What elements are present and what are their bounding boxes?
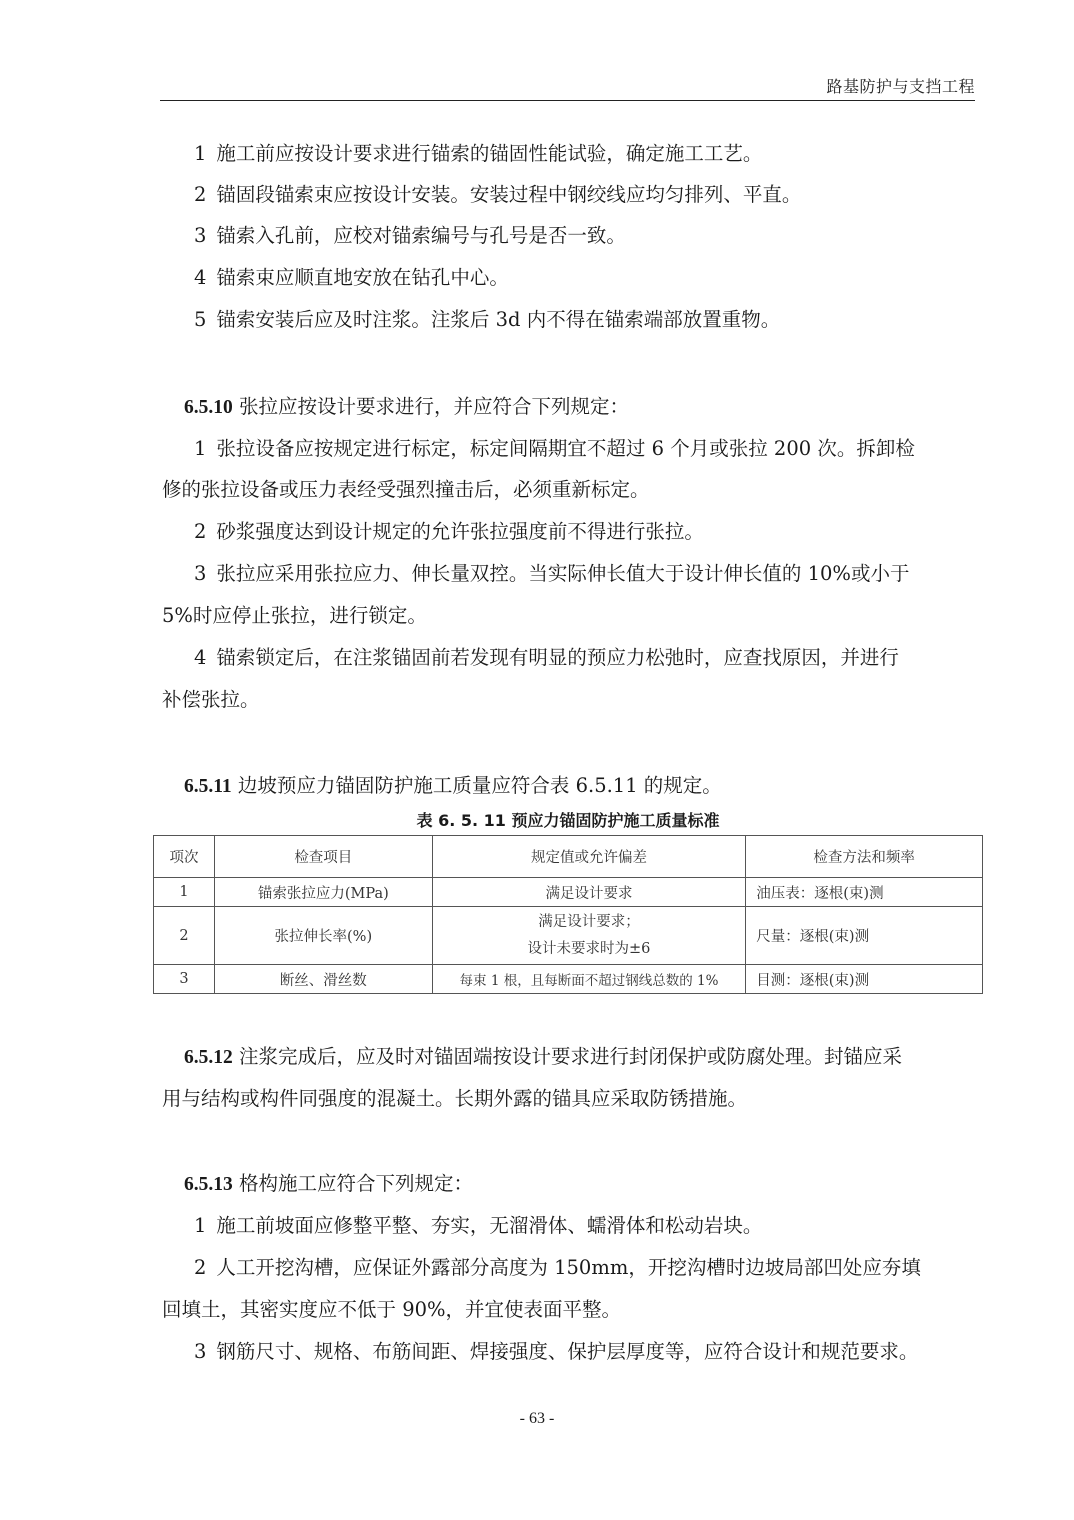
row-index: 3: [154, 965, 215, 994]
clause-6-5-13-heading: 6.5.13 格构施工应符合下列规定：: [162, 1163, 996, 1206]
spec-value: 满足设计要求: [432, 878, 746, 907]
check-item: 断丝、滑丝数: [214, 965, 432, 994]
list-item: 3张拉应采用张拉应力、伸长量双控。当实际伸长值大于设计伸长值的 10%或小于: [162, 553, 1006, 595]
clause-6-5-12: 6.5.12 注浆完成后，应及时对锚固端按设计要求进行封闭保护或防腐处理。封锚应…: [162, 1036, 996, 1079]
clause-number: 6.5.11: [184, 776, 232, 797]
list-text: 锚索入孔前，应校对锚索编号与孔号是否一致。: [216, 224, 626, 247]
table-caption: 表 6. 5. 11 预应力锚固防护施工质量标准: [153, 808, 983, 831]
list-number: 1: [194, 1205, 206, 1247]
quality-standard-table: 项次 检查项目 规定值或允许偏差 检查方法和频率 1 锚索张拉应力(MPa) 满…: [153, 835, 983, 994]
list-item-continuation: 修的张拉设备或压力表经受强烈撞击后，必须重新标定。: [162, 469, 974, 511]
list-number: 2: [194, 174, 206, 216]
list-item: 1施工前应按设计要求进行锚索的锚固性能试验，确定施工工艺。: [162, 133, 1006, 175]
header-rule: [160, 100, 975, 101]
table-row: 2 张拉伸长率(%) 满足设计要求； 设计未要求时为±6 尺量：逐根(束)测: [154, 907, 983, 965]
column-header: 检查方法和频率: [746, 836, 983, 878]
list-text: 砂浆强度达到设计规定的允许张拉强度前不得进行张拉。: [216, 520, 704, 543]
list-item: 2锚固段锚索束应按设计安装。安装过程中钢绞线应均匀排列、平直。: [162, 174, 1006, 216]
column-header: 项次: [154, 836, 215, 878]
list-text: 锚索锁定后，在注浆锚固前若发现有明显的预应力松弛时，应查找原因，并进行: [216, 646, 899, 669]
check-method: 尺量：逐根(束)测: [746, 907, 983, 965]
table-row: 3 断丝、滑丝数 每束 1 根，且每断面不超过钢线总数的 1% 目测：逐根(束)…: [154, 965, 983, 994]
list-item-continuation: 回填土，其密实度应不低于 90%，并宜使表面平整。: [162, 1289, 974, 1331]
list-item: 3钢筋尺寸、规格、布筋间距、焊接强度、保护层厚度等，应符合设计和规范要求。: [162, 1331, 1006, 1373]
list-text: 人工开挖沟槽，应保证外露部分高度为 150mm，开挖沟槽时边坡局部凹处应夯填: [216, 1256, 920, 1279]
list-text: 锚索安装后应及时注浆。注浆后 3d 内不得在锚索端部放置重物。: [216, 308, 780, 331]
list-item: 1施工前坡面应修整平整、夯实，无溜滑体、蠕滑体和松动岩块。: [162, 1205, 1006, 1247]
list-number: 1: [194, 428, 206, 470]
column-header: 检查项目: [214, 836, 432, 878]
list-text: 施工前应按设计要求进行锚索的锚固性能试验，确定施工工艺。: [216, 142, 762, 165]
spec-line: 设计未要求时为±6: [437, 936, 742, 963]
clause-6-5-10-heading: 6.5.10 张拉应按设计要求进行，并应符合下列规定：: [162, 386, 996, 429]
list-item: 4锚索束应顺直地安放在钻孔中心。: [162, 257, 1006, 299]
list-item: 5锚索安装后应及时注浆。注浆后 3d 内不得在锚索端部放置重物。: [162, 299, 1006, 341]
clause-number: 6.5.12: [184, 1047, 233, 1068]
row-index: 1: [154, 878, 215, 907]
clause-text: 注浆完成后，应及时对锚固端按设计要求进行封闭保护或防腐处理。封锚应采: [239, 1045, 902, 1068]
list-text: 施工前坡面应修整平整、夯实，无溜滑体、蠕滑体和松动岩块。: [216, 1214, 762, 1237]
clause-6-5-11: 6.5.11 边坡预应力锚固防护施工质量应符合表 6.5.11 的规定。: [162, 765, 996, 808]
list-number: 5: [194, 299, 206, 341]
list-number: 1: [194, 133, 206, 175]
spec-value: 满足设计要求； 设计未要求时为±6: [432, 907, 746, 965]
page-number: - 63 -: [0, 1410, 1074, 1428]
table-row: 1 锚索张拉应力(MPa) 满足设计要求 油压表：逐根(束)测: [154, 878, 983, 907]
list-item-continuation: 补偿张拉。: [162, 679, 974, 721]
clause-text: 边坡预应力锚固防护施工质量应符合表 6.5.11 的规定。: [238, 774, 722, 797]
list-item: 2砂浆强度达到设计规定的允许张拉强度前不得进行张拉。: [162, 511, 1006, 553]
check-item: 锚索张拉应力(MPa): [214, 878, 432, 907]
list-number: 3: [194, 553, 206, 595]
list-text: 张拉应采用张拉应力、伸长量双控。当实际伸长值大于设计伸长值的 10%或小于: [216, 562, 909, 585]
spec-value: 每束 1 根，且每断面不超过钢线总数的 1%: [432, 965, 746, 994]
list-number: 2: [194, 1247, 206, 1289]
clause-title: 张拉应按设计要求进行，并应符合下列规定：: [239, 395, 629, 418]
clause-title: 格构施工应符合下列规定：: [239, 1172, 473, 1195]
list-text: 锚固段锚索束应按设计安装。安装过程中钢绞线应均匀排列、平直。: [216, 183, 801, 206]
check-method: 目测：逐根(束)测: [746, 965, 983, 994]
list-item: 4锚索锁定后，在注浆锚固前若发现有明显的预应力松弛时，应查找原因，并进行: [162, 637, 1006, 679]
list-item: 3锚索入孔前，应校对锚索编号与孔号是否一致。: [162, 215, 1006, 257]
list-number: 4: [194, 257, 206, 299]
clause-number: 6.5.13: [184, 1174, 233, 1195]
check-item: 张拉伸长率(%): [214, 907, 432, 965]
list-item: 2人工开挖沟槽，应保证外露部分高度为 150mm，开挖沟槽时边坡局部凹处应夯填: [162, 1247, 1006, 1289]
list-text: 张拉设备应按规定进行标定，标定间隔期宜不超过 6 个月或张拉 200 次。拆卸检: [216, 437, 914, 460]
list-text: 锚索束应顺直地安放在钻孔中心。: [216, 266, 509, 289]
check-method: 油压表：逐根(束)测: [746, 878, 983, 907]
list-number: 3: [194, 1331, 206, 1373]
list-item-continuation: 5%时应停止张拉，进行锁定。: [162, 595, 974, 637]
table-header-row: 项次 检查项目 规定值或允许偏差 检查方法和频率: [154, 836, 983, 878]
clause-continuation: 用与结构或构件同强度的混凝土。长期外露的锚具应采取防锈措施。: [162, 1078, 974, 1120]
list-number: 4: [194, 637, 206, 679]
document-page: 路基防护与支挡工程 1施工前应按设计要求进行锚索的锚固性能试验，确定施工工艺。 …: [0, 0, 1074, 1520]
column-header: 规定值或允许偏差: [432, 836, 746, 878]
list-number: 3: [194, 215, 206, 257]
spec-line: 满足设计要求；: [437, 909, 742, 936]
clause-number: 6.5.10: [184, 397, 233, 418]
row-index: 2: [154, 907, 215, 965]
list-item: 1张拉设备应按规定进行标定，标定间隔期宜不超过 6 个月或张拉 200 次。拆卸…: [162, 428, 1006, 470]
running-header: 路基防护与支挡工程: [160, 74, 975, 97]
list-text: 钢筋尺寸、规格、布筋间距、焊接强度、保护层厚度等，应符合设计和规范要求。: [216, 1340, 918, 1363]
list-number: 2: [194, 511, 206, 553]
